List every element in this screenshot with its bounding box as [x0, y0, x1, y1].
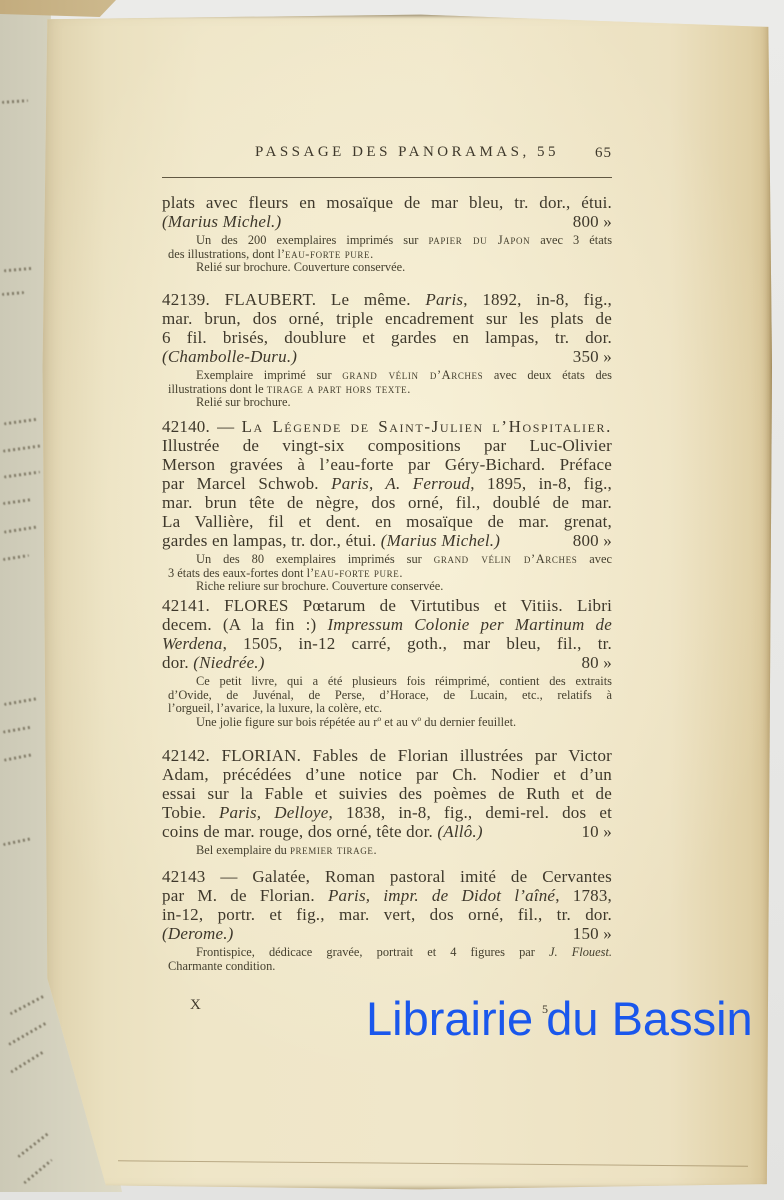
note-line: Charmante condition. — [162, 960, 612, 974]
text-segment: 6 fil. brisés, doublure et gardes en lam… — [162, 328, 612, 347]
text-segment: Impressum Colonie per Martinum de — [327, 615, 612, 634]
text-segment: l’orgueil, l’avarice, la luxure, la colè… — [168, 701, 382, 715]
price-value: 10 » — [581, 822, 612, 841]
entry-line: 42142. FLORIAN. Fables de Florian illust… — [162, 746, 612, 765]
entry-line: mar. brun, dos orné, triple encadrement … — [162, 309, 612, 328]
text-segment: Merson gravées à l’eau-forte par Géry-Bi… — [162, 455, 612, 474]
entry-line: plats avec fleurs en mosaïque de mar ble… — [162, 193, 612, 212]
text-segment: par M. de Florian. — [162, 886, 328, 905]
entry-line: 42143 — Galatée, Roman pastoral imité de… — [162, 867, 612, 886]
entry-line: mar. brun tête de nègre, dos orné, fil.,… — [162, 493, 612, 512]
text-segment: illustrations dont le — [168, 382, 267, 396]
page-number: 65 — [595, 145, 612, 162]
note-line: Un des 200 exemplaires imprimés sur papi… — [162, 234, 612, 248]
text-segment: premier tirage — [290, 843, 374, 857]
text-segment: La Légende de Saint-Julien l’Hospitalier… — [242, 417, 613, 436]
text-segment: essai sur la Fable et suivies des poèmes… — [162, 784, 612, 803]
note-line: Bel exemplaire du premier tirage. — [162, 844, 612, 858]
text-segment: tirage a part hors texte — [267, 382, 407, 396]
note-line: Relié sur brochure. Couverture conservée… — [162, 261, 612, 275]
price-line-text: dor. (Niedrée.) — [162, 653, 265, 672]
running-head-title: PASSAGE DES PANORAMAS, 55 — [182, 144, 632, 161]
text-segment: Paris — [425, 290, 463, 309]
text-segment: 42139. FLAUBERT. Le même. — [162, 290, 425, 309]
entry-price-line: gardes en lampas, tr. dor., étui. (Mariu… — [162, 531, 612, 550]
text-segment: grand vélin d’Arches — [434, 552, 578, 566]
note-line: Relié sur brochure. — [162, 396, 612, 410]
price-value: 150 » — [573, 924, 612, 943]
text-segment: in-12, portr. et fig., mar. vert, dos or… — [162, 905, 612, 924]
running-head: PASSAGE DES PANORAMAS, 55 65 — [162, 144, 612, 166]
note-line: 3 états des eaux-fortes dont l’eau-forte… — [162, 567, 612, 581]
text-segment: Adam, précédées d’une notice par Ch. Nod… — [162, 765, 612, 784]
entry-notes: Frontispice, dédicace gravée, portrait e… — [162, 946, 612, 973]
text-segment: gardes en lampas, tr. dor., étui. — [162, 531, 381, 550]
entry-price-line: (Marius Michel.)800 » — [162, 212, 612, 231]
price-value: 800 » — [573, 531, 612, 550]
entry-line: essai sur la Fable et suivies des poèmes… — [162, 784, 612, 803]
text-segment: Un des 200 exemplaires imprimés sur — [196, 233, 429, 247]
entry-line: 42139. FLAUBERT. Le même. Paris, 1892, i… — [162, 290, 612, 309]
text-segment: . — [407, 382, 410, 396]
text-segment: 3 états des eaux-fortes dont l’ — [168, 566, 314, 580]
note-line: Riche reliure sur brochure. Couverture c… — [162, 580, 612, 594]
text-segment: avec 3 états — [530, 233, 612, 247]
text-segment: Exemplaire imprimé sur — [196, 368, 342, 382]
note-line: des illustrations, dont l’eau-forte pure… — [162, 248, 612, 262]
text-segment: , 1895, in-8, fig., — [470, 474, 612, 493]
text-segment: . — [370, 247, 373, 261]
text-segment: Un des 80 exemplaires imprimés sur — [196, 552, 434, 566]
text-segment: . — [373, 843, 376, 857]
entry-line: Illustrée de vingt-six compositions par … — [162, 436, 612, 455]
catalog-entry: plats avec fleurs en mosaïque de mar ble… — [162, 193, 612, 275]
text-segment: Paris, Delloye — [219, 803, 329, 822]
note-line: Un des 80 exemplaires imprimés sur grand… — [162, 553, 612, 567]
text-segment: du dernier feuillet. — [421, 715, 516, 729]
entry-price-line: coins de mar. rouge, dos orné, tête dor.… — [162, 822, 612, 841]
entry-line: Merson gravées à l’eau-forte par Géry-Bi… — [162, 455, 612, 474]
text-segment: Illustrée de vingt-six compositions par … — [162, 436, 612, 455]
text-segment: (Derome.) — [162, 924, 234, 943]
entry-line: 42141. FLORES Pœtarum de Virtutibus et V… — [162, 596, 612, 615]
text-segment: avec deux états des — [483, 368, 612, 382]
price-line-text: (Chambolle-Duru.) — [162, 347, 297, 366]
catalog-entry: 42141. FLORES Pœtarum de Virtutibus et V… — [162, 596, 612, 729]
text-segment: 42143 — Galatée, Roman pastoral imité de… — [162, 867, 612, 886]
text-segment: J. Flouest. — [549, 945, 612, 959]
text-segment: La Vallière, fil et dent. en mosaïque de… — [162, 512, 612, 531]
entry-price-line: (Derome.)150 » — [162, 924, 612, 943]
text-segment: (Allô.) — [437, 822, 482, 841]
entry-line: decem. (A la fin :) Impressum Colonie pe… — [162, 615, 612, 634]
entry-line: Adam, précédées d’une notice par Ch. Nod… — [162, 765, 612, 784]
catalog-entry: 42143 — Galatée, Roman pastoral imité de… — [162, 867, 612, 973]
entry-line: La Vallière, fil et dent. en mosaïque de… — [162, 512, 612, 531]
text-segment: 42142. FLORIAN. Fables de Florian illust… — [162, 746, 612, 765]
text-segment: par Marcel Schwob. — [162, 474, 331, 493]
text-segment: decem. (A la fin :) — [162, 615, 327, 634]
text-segment: Relié sur brochure. Couverture conservée… — [196, 260, 405, 274]
text-segment: d’Ovide, de Juvénal, de Perse, d’Horace,… — [168, 688, 612, 702]
text-segment: , 1892, in-8, fig., — [463, 290, 612, 309]
signature-mark: X — [190, 997, 202, 1014]
entry-line: 42140. — La Légende de Saint-Julien l’Ho… — [162, 417, 612, 436]
note-line: l’orgueil, l’avarice, la luxure, la colè… — [162, 702, 612, 716]
text-segment: Frontispice, dédicace gravée, portrait e… — [196, 945, 549, 959]
text-segment: grand vélin d’Arches — [342, 368, 483, 382]
entry-line: Tobie. Paris, Delloye, 1838, in-8, fig.,… — [162, 803, 612, 822]
note-line: illustrations dont le tirage a part hors… — [162, 383, 612, 397]
text-segment: plats avec fleurs en mosaïque de mar ble… — [162, 193, 612, 212]
entry-notes: Ce petit livre, qui a été plusieurs fois… — [162, 675, 612, 729]
text-segment: , 1505, in-12 carré, goth., mar bleu, fi… — [223, 634, 612, 653]
bookseller-watermark: Librairie du Bassin — [366, 994, 766, 1044]
entry-notes: Un des 80 exemplaires imprimés sur grand… — [162, 553, 612, 594]
catalog-entry: 42139. FLAUBERT. Le même. Paris, 1892, i… — [162, 290, 612, 410]
text-segment: eau-forte pure — [285, 247, 370, 261]
text-segment: Paris, impr. de Didot l’aîné — [328, 886, 555, 905]
text-segment: . — [399, 566, 402, 580]
entry-notes: Bel exemplaire du premier tirage. — [162, 844, 612, 858]
entry-line: in-12, portr. et fig., mar. vert, dos or… — [162, 905, 612, 924]
catalog-entry: 42142. FLORIAN. Fables de Florian illust… — [162, 746, 612, 858]
note-line: d’Ovide, de Juvénal, de Perse, d’Horace,… — [162, 689, 612, 703]
note-line: Frontispice, dédicace gravée, portrait e… — [162, 946, 612, 960]
price-line-text: gardes en lampas, tr. dor., étui. (Mariu… — [162, 531, 500, 550]
price-line-text: (Derome.) — [162, 924, 234, 943]
text-segment: Tobie. — [162, 803, 219, 822]
price-line-text: (Marius Michel.) — [162, 212, 281, 231]
text-segment: avec — [577, 552, 612, 566]
price-line-text: coins de mar. rouge, dos orné, tête dor.… — [162, 822, 483, 841]
price-value: 800 » — [573, 212, 612, 231]
text-segment: Riche reliure sur brochure. Couverture c… — [196, 579, 443, 593]
text-segment: mar. brun tête de nègre, dos orné, fil.,… — [162, 493, 612, 512]
text-segment: eau-forte pure — [314, 566, 399, 580]
text-segment: Paris, A. Ferroud — [331, 474, 470, 493]
entry-notes: Exemplaire imprimé sur grand vélin d’Arc… — [162, 369, 612, 410]
text-segment: Werdena — [162, 634, 223, 653]
text-segment: papier du Japon — [429, 233, 531, 247]
entry-line: par Marcel Schwob. Paris, A. Ferroud, 18… — [162, 474, 612, 493]
text-segment: Une jolie figure sur bois répétée au r — [196, 715, 377, 729]
price-value: 350 » — [573, 347, 612, 366]
text-segment: Ce petit livre, qui a été plusieurs fois… — [196, 674, 612, 688]
note-line: Une jolie figure sur bois répétée au ro … — [162, 716, 612, 730]
note-line: Exemplaire imprimé sur grand vélin d’Arc… — [162, 369, 612, 383]
price-value: 80 » — [581, 653, 612, 672]
text-segment: , 1783, — [555, 886, 612, 905]
text-segment: Charmante condition. — [168, 959, 275, 973]
entry-price-line: (Chambolle-Duru.)350 » — [162, 347, 612, 366]
text-segment: et au v — [381, 715, 417, 729]
entry-line: Werdena, 1505, in-12 carré, goth., mar b… — [162, 634, 612, 653]
text-segment: (Chambolle-Duru.) — [162, 347, 297, 366]
text-segment: 42141. FLORES Pœtarum de Virtutibus et V… — [162, 596, 612, 615]
text-segment: (Niedrée.) — [193, 653, 264, 672]
entry-notes: Un des 200 exemplaires imprimés sur papi… — [162, 234, 612, 275]
text-segment: Relié sur brochure. — [196, 395, 291, 409]
text-segment: Bel exemplaire du — [196, 843, 290, 857]
catalog-entry: 42140. — La Légende de Saint-Julien l’Ho… — [162, 417, 612, 594]
header-rule — [162, 177, 612, 178]
text-segment: mar. brun, dos orné, triple encadrement … — [162, 309, 612, 328]
entry-line: 6 fil. brisés, doublure et gardes en lam… — [162, 328, 612, 347]
text-segment: (Marius Michel.) — [162, 212, 281, 231]
note-line: Ce petit livre, qui a été plusieurs fois… — [162, 675, 612, 689]
entry-line: par M. de Florian. Paris, impr. de Didot… — [162, 886, 612, 905]
text-segment: 42140. — — [162, 417, 242, 436]
text-segment: dor. — [162, 653, 193, 672]
entry-price-line: dor. (Niedrée.)80 » — [162, 653, 612, 672]
text-segment: des illustrations, dont l’ — [168, 247, 285, 261]
text-segment: (Marius Michel.) — [381, 531, 500, 550]
text-segment: coins de mar. rouge, dos orné, tête dor. — [162, 822, 437, 841]
text-segment: , 1838, in-8, fig., demi-rel. dos et — [329, 803, 612, 822]
